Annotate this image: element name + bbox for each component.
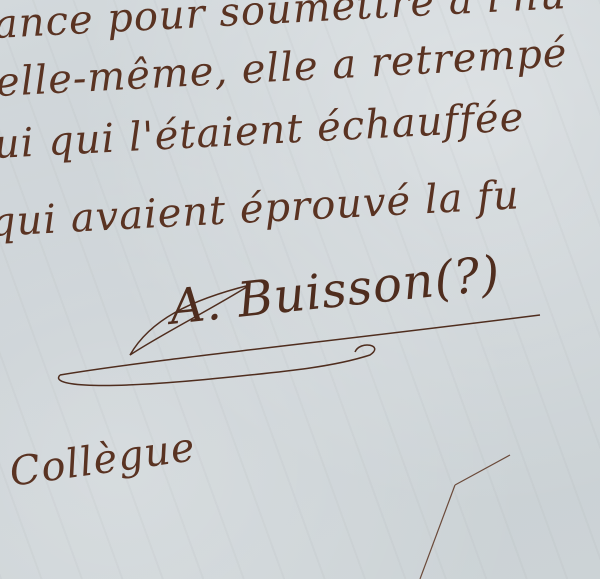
signature-flourish	[0, 0, 600, 579]
